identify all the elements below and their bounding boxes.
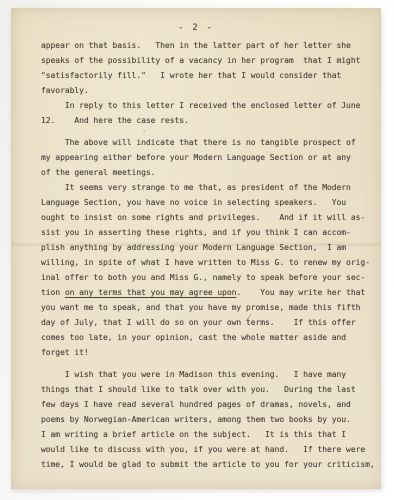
text-line: appear on that basis. Then in the latter… [41,38,371,53]
text-line: In reply to this letter I received the e… [41,98,371,113]
text-line: I am writing a brief article on the subj… [41,427,371,442]
text-line: forget it! [41,345,371,360]
text-line: It seems very strange to me that, as pre… [41,180,371,195]
underlined-phrase: on any terms that you may agree upon [65,288,237,297]
text-line: inal offer to both you and Miss G., name… [41,270,371,285]
text-segment: tion [41,288,65,297]
text-line: comes too late, in your opinion, cast th… [41,330,371,345]
text-line: sist you in asserting these rights, and … [41,225,371,240]
paragraph: appear on that basis. Then in the latter… [41,38,371,98]
paragraph: I wish that you were in Madison this eve… [41,367,371,472]
text-line: Language Section, you have no voice in s… [41,195,371,210]
letter-paper: - 2 - appear on that basis. Then in the … [11,8,381,489]
stray-mark: ' [142,129,146,138]
text-line: willing, in spite of what I have written… [41,255,371,270]
text-line: poems by Norwegian-American writers, amo… [41,412,371,427]
text-line: day of July, that I will do so on your o… [41,315,371,330]
text-line: few days I have read several hundred pag… [41,397,371,412]
text-line: time, I would be glad to submit the arti… [41,457,371,472]
page-number: - 2 - [11,23,381,33]
text-line: would like to discuss with you, if you w… [41,442,371,457]
paragraph: It seems very strange to me that, as pre… [41,180,371,360]
text-line: 12. And here the case rests. [41,113,371,128]
text-line: you want me to speak, and that you have … [41,300,371,315]
text-line: tion on any terms that you may agree upo… [41,285,371,300]
text-line: plish anything by addressing your Modern… [41,240,371,255]
text-segment: . You may write her that [236,288,365,297]
text-line: speaks of the possibility of a vacancy i… [41,53,371,68]
text-line: my appearing either before your Modern L… [41,150,371,165]
text-line: ought to insist on some rights and privi… [41,210,371,225]
text-line: I wish that you were in Madison this eve… [41,367,371,382]
text-line: favorably. [41,83,371,98]
paragraph: In reply to this letter I received the e… [41,98,371,128]
paragraph: The above will indicate that there is no… [41,135,371,180]
text-line: The above will indicate that there is no… [41,135,371,150]
text-line: things that I should like to talk over w… [41,382,371,397]
text-line: "satisfactorily fill." I wrote her that … [41,68,371,83]
letter-body: appear on that basis. Then in the latter… [11,38,381,489]
text-line: of the general meetings. [41,165,371,180]
